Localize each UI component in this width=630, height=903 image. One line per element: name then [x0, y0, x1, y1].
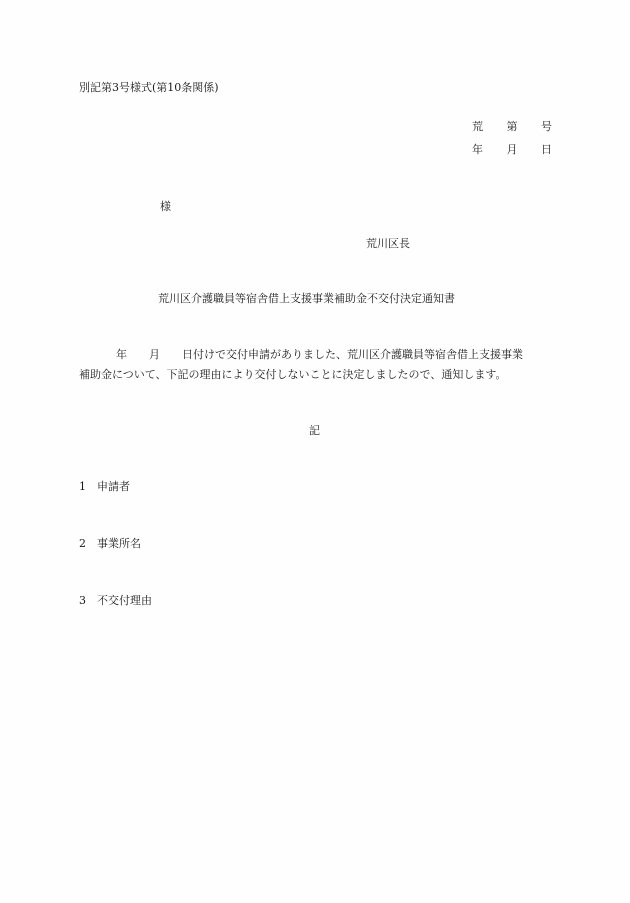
item-label: 事業所名	[97, 537, 141, 550]
body-month: 月	[149, 348, 160, 361]
body-line-1-text: 日付けで交付申請がありました、荒川区介護職員等宿舎借上支援事業	[182, 348, 523, 361]
numbering-prefix: 荒	[472, 120, 483, 134]
document-number-row: 荒 第 号	[472, 120, 552, 134]
ki-heading: 記	[309, 424, 320, 438]
item-label: 申請者	[97, 480, 130, 493]
form-label: 別記第3号様式(第10条関係)	[79, 81, 219, 95]
issue-date-row: 年 月 日	[472, 143, 552, 157]
date-year: 年	[472, 143, 483, 157]
list-item-rejection-reason: 3不交付理由	[79, 594, 152, 608]
body-line-2: 補助金について、下記の理由により交付しないことに決定しましたので、通知します。	[79, 368, 506, 382]
sender-name: 荒川区長	[366, 237, 410, 251]
numbering-dai: 第	[507, 120, 518, 134]
item-label: 不交付理由	[97, 594, 152, 607]
body-line-1: 年月日付けで交付申請がありました、荒川区介護職員等宿舎借上支援事業	[116, 348, 523, 362]
body-year: 年	[116, 348, 127, 361]
item-number: 1	[79, 480, 97, 494]
list-item-office-name: 2事業所名	[79, 537, 141, 551]
date-month: 月	[507, 143, 518, 157]
addressee-suffix: 様	[160, 200, 171, 214]
list-item-applicant: 1申請者	[79, 480, 130, 494]
item-number: 2	[79, 537, 97, 551]
date-day: 日	[541, 143, 552, 157]
document-title: 荒川区介護職員等宿舎借上支援事業補助金不交付決定通知書	[158, 292, 455, 306]
item-number: 3	[79, 594, 97, 608]
numbering-go: 号	[541, 120, 552, 134]
document-page: 別記第3号様式(第10条関係) 荒 第 号 年 月 日 様 荒川区長 荒川区介護…	[0, 0, 630, 903]
